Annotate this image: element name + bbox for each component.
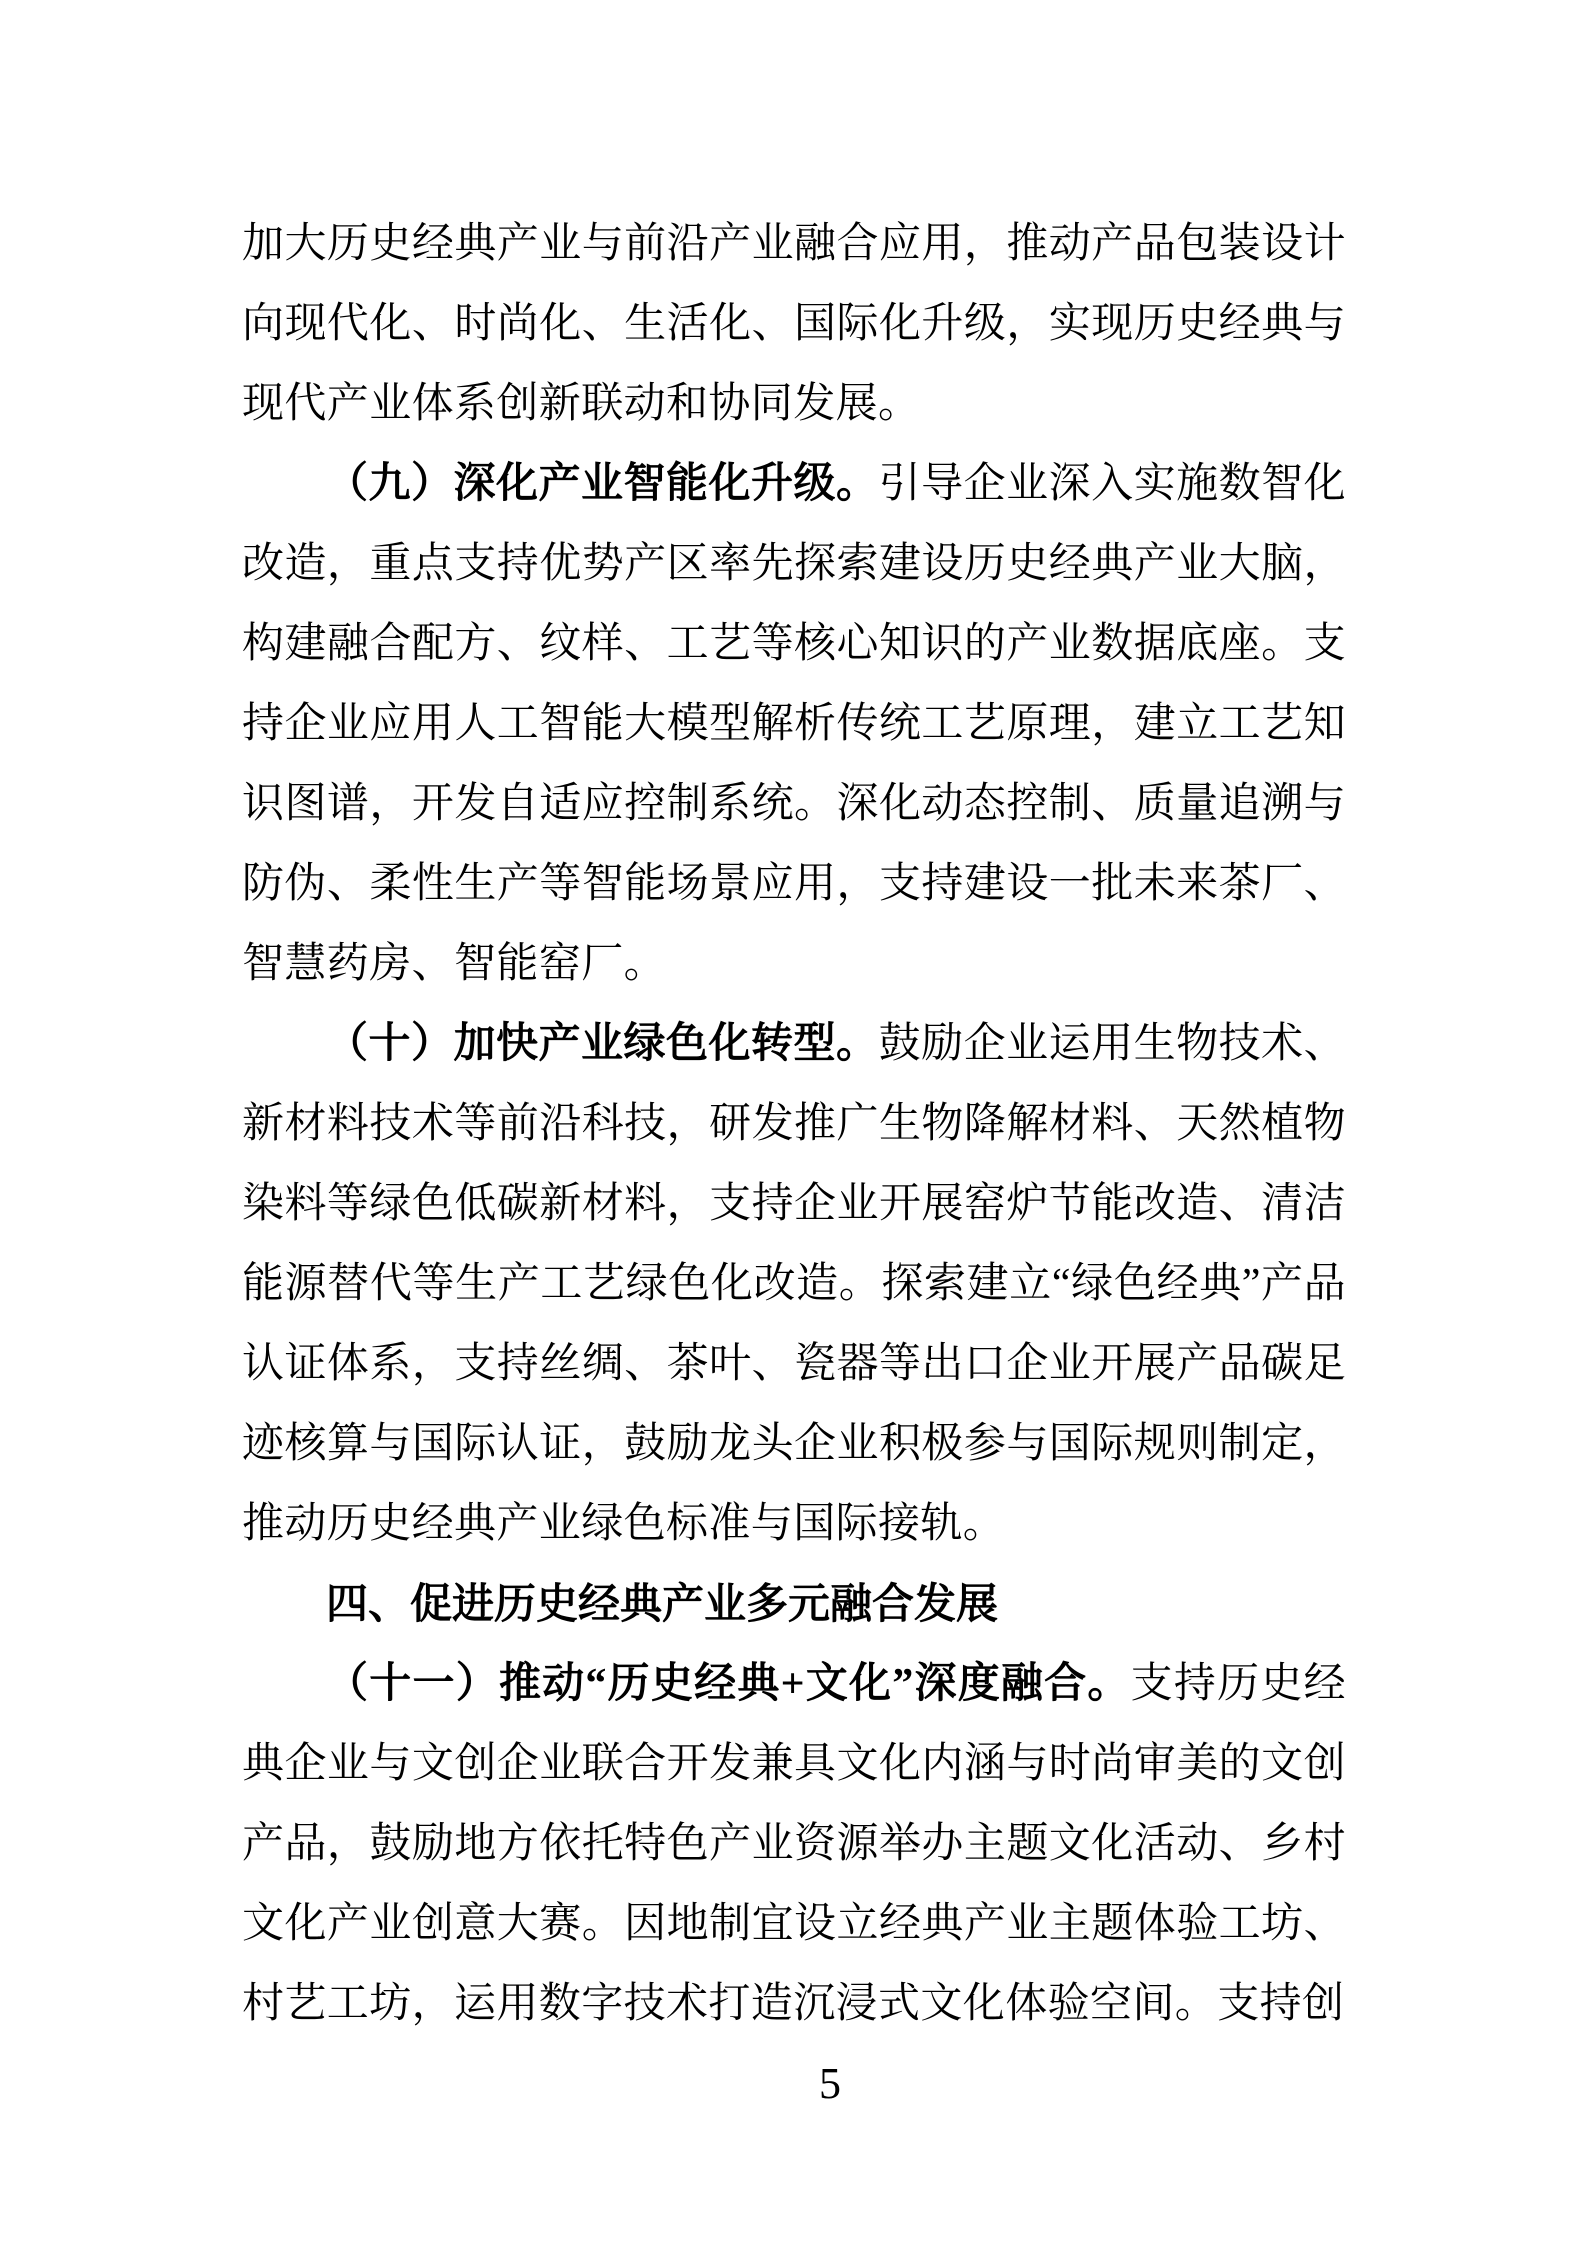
- page-number: 5: [819, 2060, 841, 2108]
- paragraph-lead: （十）加快产业绿色化转型。: [326, 1021, 879, 1067]
- paragraph: （十）加快产业绿色化转型。鼓励企业运用生物技术、新材料技术等前沿科技，研发推广生…: [242, 1004, 1346, 1564]
- document-page: 加大历史经典产业与前沿产业融合应用，推动产品包装设计向现代化、时尚化、生活化、国…: [0, 0, 1587, 2245]
- paragraph: 加大历史经典产业与前沿产业融合应用，推动产品包装设计向现代化、时尚化、生活化、国…: [242, 204, 1346, 444]
- document-body: 加大历史经典产业与前沿产业融合应用，推动产品包装设计向现代化、时尚化、生活化、国…: [242, 204, 1346, 2044]
- paragraph-lead: （九）深化产业智能化升级。: [326, 461, 879, 507]
- paragraph: （九）深化产业智能化升级。引导企业深入实施数智化改造，重点支持优势产区率先探索建…: [242, 444, 1346, 1004]
- paragraph: （十一）推动“历史经典+文化”深度融合。支持历史经典企业与文创企业联合开发兼具文…: [242, 1644, 1346, 2044]
- section-heading: 四、促进历史经典产业多元融合发展: [242, 1564, 1346, 1644]
- paragraph-lead: （十一）推动“历史经典+文化”深度融合。: [326, 1661, 1131, 1707]
